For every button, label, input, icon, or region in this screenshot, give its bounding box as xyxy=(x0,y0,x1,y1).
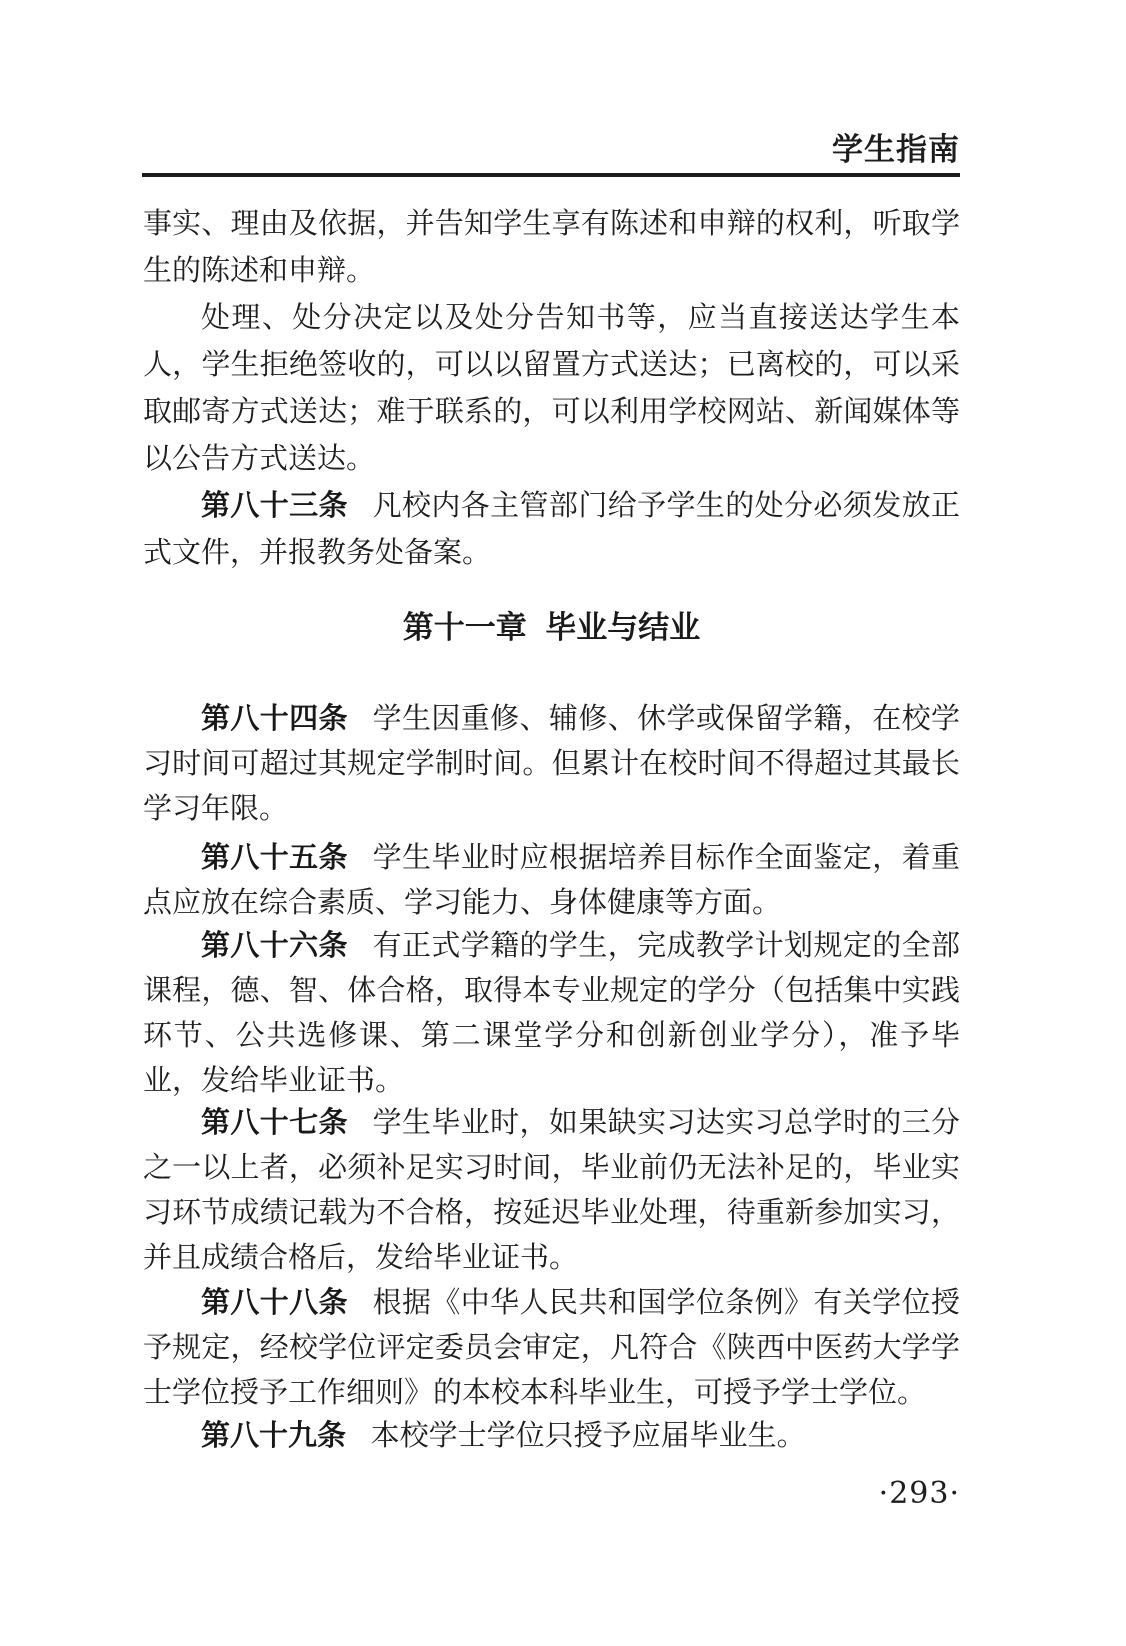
article-88-number: 第八十八条 xyxy=(201,1285,348,1319)
article-85-number: 第八十五条 xyxy=(201,840,348,874)
paragraph-continuation: 事实、理由及依据，并告知学生享有陈述和申辩的权利，听取学生的陈述和申辩。 xyxy=(143,200,960,294)
article-84-number: 第八十四条 xyxy=(201,701,348,735)
chapter-heading: 第十一章毕业与结业 xyxy=(143,605,960,651)
article-88-paragraph: 第八十八条根据《中华人民共和国学位条例》有关学位授予规定，经校学位评定委员会审定… xyxy=(143,1280,960,1415)
paragraph-text: 本校学士学位只授予应届毕业生。 xyxy=(371,1418,806,1452)
article-87-paragraph: 第八十七条学生毕业时，如果缺实习达实习总学时的三分之一以上者，必须补足实习时间，… xyxy=(143,1100,960,1280)
article-89-number: 第八十九条 xyxy=(201,1418,346,1452)
paragraph-text: 处理、处分决定以及处分告知书等，应当直接送达学生本人，学生拒绝签收的，可以以留置… xyxy=(143,300,960,475)
header-rule xyxy=(142,173,960,177)
chapter-number: 第十一章 xyxy=(403,610,527,646)
chapter-title: 毕业与结业 xyxy=(545,610,700,646)
article-83-number: 第八十三条 xyxy=(201,488,348,522)
article-83-paragraph: 第八十三条凡校内各主管部门给予学生的处分必须发放正式文件，并报教务处备案。 xyxy=(143,482,960,576)
article-86-paragraph: 第八十六条有正式学籍的学生，完成教学计划规定的全部课程，德、智、体合格，取得本专… xyxy=(143,923,960,1103)
paragraph-delivery-methods: 处理、处分决定以及处分告知书等，应当直接送达学生本人，学生拒绝签收的，可以以留置… xyxy=(143,294,960,482)
paragraph-text: 事实、理由及依据，并告知学生享有陈述和申辩的权利，听取学生的陈述和申辩。 xyxy=(143,206,960,287)
article-86-number: 第八十六条 xyxy=(201,928,348,962)
page-number: ·293· xyxy=(143,1474,960,1514)
running-head: 学生指南 xyxy=(143,130,960,170)
book-page: 学生指南 事实、理由及依据，并告知学生享有陈述和申辩的权利，听取学生的陈述和申辩… xyxy=(0,0,1126,1646)
article-87-number: 第八十七条 xyxy=(201,1105,348,1139)
article-85-paragraph: 第八十五条学生毕业时应根据培养目标作全面鉴定，着重点应放在综合素质、学习能力、身… xyxy=(143,835,960,925)
article-84-paragraph: 第八十四条学生因重修、辅修、休学或保留学籍，在校学习时间可超过其规定学制时间。但… xyxy=(143,696,960,831)
article-89-paragraph: 第八十九条本校学士学位只授予应届毕业生。 xyxy=(143,1413,960,1458)
